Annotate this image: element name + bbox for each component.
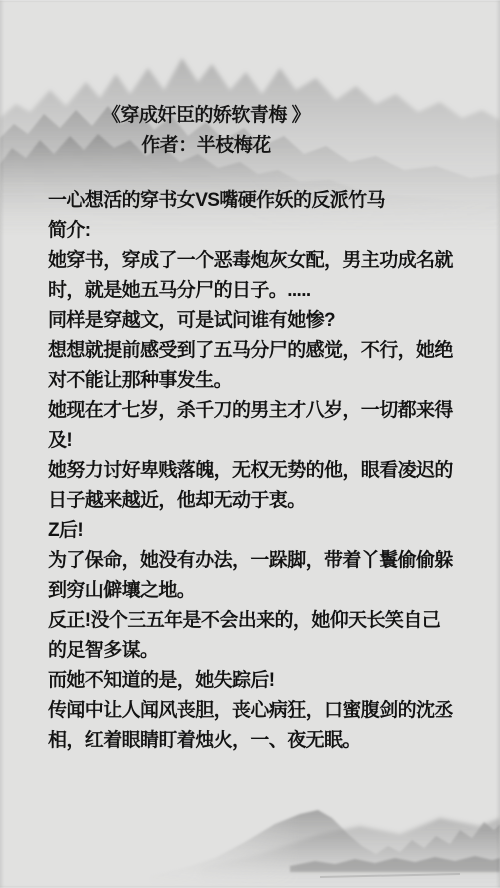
synopsis-tagline: 一心想活的穿书女VS嘴硬作妖的反派竹马 <box>48 186 464 216</box>
synopsis-label: 简介: <box>48 216 464 246</box>
synopsis-line: 她穿书，穿成了一个恶毒炮灰女配，男主功成名就 <box>48 246 464 276</box>
synopsis-line: 传闻中让人闻风丧胆，丧心病狂，口蜜腹剑的沈丞 <box>48 696 464 726</box>
synopsis-line: 到穷山僻壤之地。 <box>48 576 464 606</box>
synopsis-line: 想想就提前感受到了五马分尸的感觉，不行，她绝 <box>48 336 464 366</box>
synopsis-line: 反正!没个三五年是不会出来的，她仰天长笑自己 <box>48 606 464 636</box>
synopsis-line: 的足智多谋。 <box>48 636 464 666</box>
synopsis-text: 一心想活的穿书女VS嘴硬作妖的反派竹马 简介: 她穿书，穿成了一个恶毒炮灰女配，… <box>48 186 464 756</box>
book-title: 《穿成奸臣的娇软青梅 》 <box>0 101 412 131</box>
synopsis-line: 她努力讨好卑贱落魄，无权无势的他，眼看凌迟的 <box>48 456 464 486</box>
book-author: 作者：半枝梅花 <box>0 131 412 160</box>
synopsis-line: 及! <box>48 426 464 456</box>
synopsis-line: 而她不知道的是，她失踪后! <box>48 666 464 696</box>
synopsis-line: 相，红着眼睛盯着烛火，一、夜无眠。 <box>48 726 464 756</box>
novel-intro-page: 《穿成奸臣的娇软青梅 》 作者：半枝梅花 一心想活的穿书女VS嘴硬作妖的反派竹马… <box>0 0 500 888</box>
synopsis-line: 对不能让那种事发生。 <box>48 366 464 396</box>
synopsis-line: Z后! <box>48 516 464 546</box>
synopsis-line: 时，就是她五马分尸的日子。..... <box>48 276 464 306</box>
synopsis-line: 日子越来越近，他却无动于衷。 <box>48 486 464 516</box>
synopsis-line: 同样是穿越文，可是试问谁有她惨? <box>48 306 464 336</box>
book-header: 《穿成奸臣的娇软青梅 》 作者：半枝梅花 <box>0 101 412 160</box>
synopsis-line: 为了保命，她没有办法，一跺脚，带着丫鬟偷偷躲 <box>48 546 464 576</box>
synopsis-line: 她现在才七岁，杀千刀的男主才八岁，一切都来得 <box>48 396 464 426</box>
